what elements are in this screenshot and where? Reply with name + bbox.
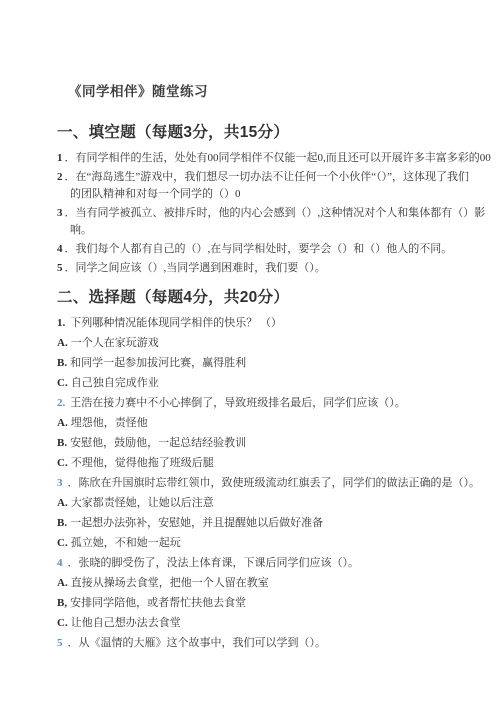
- choice-question-1: 1.下列哪种情况能体现同学相伴的快乐？ （）: [57, 315, 460, 331]
- choice-question-3: 3．陈欣在升国旗时忘带红领巾，致使班级流动红旗丢了，同学们的做法正确的是（）。: [57, 475, 460, 491]
- option-label: C.: [57, 377, 68, 389]
- question-text-continued: 的团队精神和对每一个同学的（）0: [57, 186, 460, 203]
- option-text: 让他自己想办法去食堂: [71, 617, 181, 629]
- choice-question-list: 1.下列哪种情况能体现同学相伴的快乐？ （） A.一个人在家玩游戏 B.和同学一…: [57, 315, 460, 651]
- question-number: 3: [57, 207, 63, 219]
- option-text: 不理他，觉得他拖了班级后腿: [71, 457, 214, 469]
- question-number: 5: [57, 637, 63, 649]
- option-text: 一个人在家玩游戏: [71, 337, 159, 349]
- section-heading-multiple-choice: 二、选择题（每题4分，共20分）: [57, 288, 460, 307]
- choice-question-5: 5．从《温情的大雁》这个故事中，我们可以学到（）。: [57, 635, 460, 651]
- question-number: 1: [57, 152, 63, 164]
- question-line: 3．当有同学被孤立、被排斥时，他的内心会感到（）,这种情况对个人和集体都有（）影: [57, 205, 460, 222]
- choice-2-option-a: A.埋怨他，责怪他: [57, 415, 460, 431]
- question-text: ．张晓的脚受伤了，没法上体育课，下课后同学们应该（）。: [68, 557, 360, 569]
- fill-in-question-2: 2．在“海岛逃生”游戏中，我们想尽一切办法不让任何一个小伙伴“（）”，这体现了我…: [57, 169, 460, 203]
- question-number: 3: [57, 477, 63, 489]
- choice-4-option-a: A.直接从操场去食堂，把他一个人留在教室: [57, 575, 460, 591]
- option-text: 安慰他，鼓励他，一起总结经验教训: [70, 437, 246, 449]
- question-line: 5．同学之间应该（）,当同学遇到困难时，我们要（）。: [57, 260, 460, 277]
- question-text: ．同学之间应该（）,当同学遇到困难时，我们要（）。: [65, 262, 326, 274]
- option-text: 自己独自完成作业: [71, 377, 159, 389]
- question-number: 1.: [57, 317, 65, 329]
- option-label: B.: [57, 437, 67, 449]
- option-text: 安排同学陪他，或者帮忙扶他去食堂: [70, 597, 246, 609]
- option-label: B.: [57, 517, 67, 529]
- question-number: 4: [57, 557, 63, 569]
- option-label: B,: [57, 597, 67, 609]
- question-text: ．我们每个人都有自己的（）,在与同学相处时，要学会（）和（）他人的不同。: [65, 243, 453, 255]
- fill-in-question-1: 1．有同学相伴的生活，处处有00同学相伴不仅能一起0,而且还可以开展许多丰富多彩…: [57, 150, 460, 167]
- choice-2-option-b: B.安慰他，鼓励他，一起总结经验教训: [57, 435, 460, 451]
- question-number: 2.: [57, 397, 65, 409]
- choice-3-option-a: A.大家都责怪她，让她以后注意: [57, 495, 460, 511]
- option-label: A.: [57, 497, 68, 509]
- option-label: C.: [57, 617, 68, 629]
- fill-in-question-3: 3．当有同学被孤立、被排斥时，他的内心会感到（）,这种情况对个人和集体都有（）影…: [57, 205, 460, 239]
- question-number: 2: [57, 171, 63, 183]
- choice-2-option-c: C.不理他，觉得他拖了班级后腿: [57, 455, 460, 471]
- option-label: B.: [57, 357, 67, 369]
- option-text: 孤立她，不和她一起玩: [71, 537, 181, 549]
- option-text: 和同学一起参加拔河比赛，赢得胜利: [70, 357, 246, 369]
- option-label: A.: [57, 417, 68, 429]
- question-text-continued: 响。: [57, 222, 460, 239]
- option-text: 大家都责怪她，让她以后注意: [71, 497, 214, 509]
- option-label: A.: [57, 337, 68, 349]
- question-text: ．有同学相伴的生活，处处有00同学相伴不仅能一起0,而且还可以开展许多丰富多彩的…: [65, 152, 491, 164]
- choice-3-option-c: C.孤立她，不和她一起玩: [57, 535, 460, 551]
- question-line: 4．我们每个人都有自己的（）,在与同学相处时，要学会（）和（）他人的不同。: [57, 241, 460, 258]
- choice-4-option-c: C.让他自己想办法去食堂: [57, 615, 460, 631]
- choice-question-2: 2.王浩在接力赛中不小心摔倒了，导致班级排名最后，同学们应该（）。: [57, 395, 460, 411]
- question-line: 1．有同学相伴的生活，处处有00同学相伴不仅能一起0,而且还可以开展许多丰富多彩…: [57, 150, 460, 167]
- fill-in-question-list: 1．有同学相伴的生活，处处有00同学相伴不仅能一起0,而且还可以开展许多丰富多彩…: [57, 150, 460, 277]
- option-text: 直接从操场去食堂，把他一个人留在教室: [71, 577, 269, 589]
- question-text: ．在“海岛逃生”游戏中，我们想尽一切办法不让任何一个小伙伴“（）”，这体现了我们: [65, 171, 470, 183]
- question-number: 4: [57, 243, 63, 255]
- fill-in-question-5: 5．同学之间应该（）,当同学遇到困难时，我们要（）。: [57, 260, 460, 277]
- section-heading-fill-in: 一、填空题（每题3分，共15分）: [57, 123, 460, 142]
- document-page: 《同学相伴》随堂练习 一、填空题（每题3分，共15分） 1．有同学相伴的生活，处…: [0, 0, 500, 707]
- option-label: C.: [57, 537, 68, 549]
- question-line: 2．在“海岛逃生”游戏中，我们想尽一切办法不让任何一个小伙伴“（）”，这体现了我…: [57, 169, 460, 186]
- option-text: 埋怨他，责怪他: [71, 417, 148, 429]
- question-text: 下列哪种情况能体现同学相伴的快乐？ （）: [70, 317, 282, 329]
- option-label: C.: [57, 457, 68, 469]
- choice-4-option-b: B,安排同学陪他，或者帮忙扶他去食堂: [57, 595, 460, 611]
- question-number: 5: [57, 262, 63, 274]
- question-text: ．陈欣在升国旗时忘带红领巾，致使班级流动红旗丢了，同学们的做法正确的是（）。: [68, 477, 481, 489]
- document-title: 《同学相伴》随堂练习: [68, 84, 460, 100]
- option-label: A.: [57, 577, 68, 589]
- choice-1-option-b: B.和同学一起参加拔河比赛，赢得胜利: [57, 355, 460, 371]
- choice-1-option-c: C.自己独自完成作业: [57, 375, 460, 391]
- fill-in-question-4: 4．我们每个人都有自己的（）,在与同学相处时，要学会（）和（）他人的不同。: [57, 241, 460, 258]
- option-text: 一起想办法弥补，安慰她，并且提醒她以后做好准备: [70, 517, 323, 529]
- question-text: ．从《温情的大雁》这个故事中，我们可以学到（）。: [68, 637, 327, 649]
- choice-3-option-b: B.一起想办法弥补，安慰她，并且提醒她以后做好准备: [57, 515, 460, 531]
- question-text: 王浩在接力赛中不小心摔倒了，导致班级排名最后，同学们应该（）。: [70, 397, 406, 409]
- choice-question-4: 4．张晓的脚受伤了，没法上体育课，下课后同学们应该（）。: [57, 555, 460, 571]
- choice-1-option-a: A.一个人在家玩游戏: [57, 335, 460, 351]
- question-text: ．当有同学被孤立、被排斥时，他的内心会感到（）,这种情况对个人和集体都有（）影: [65, 207, 486, 219]
